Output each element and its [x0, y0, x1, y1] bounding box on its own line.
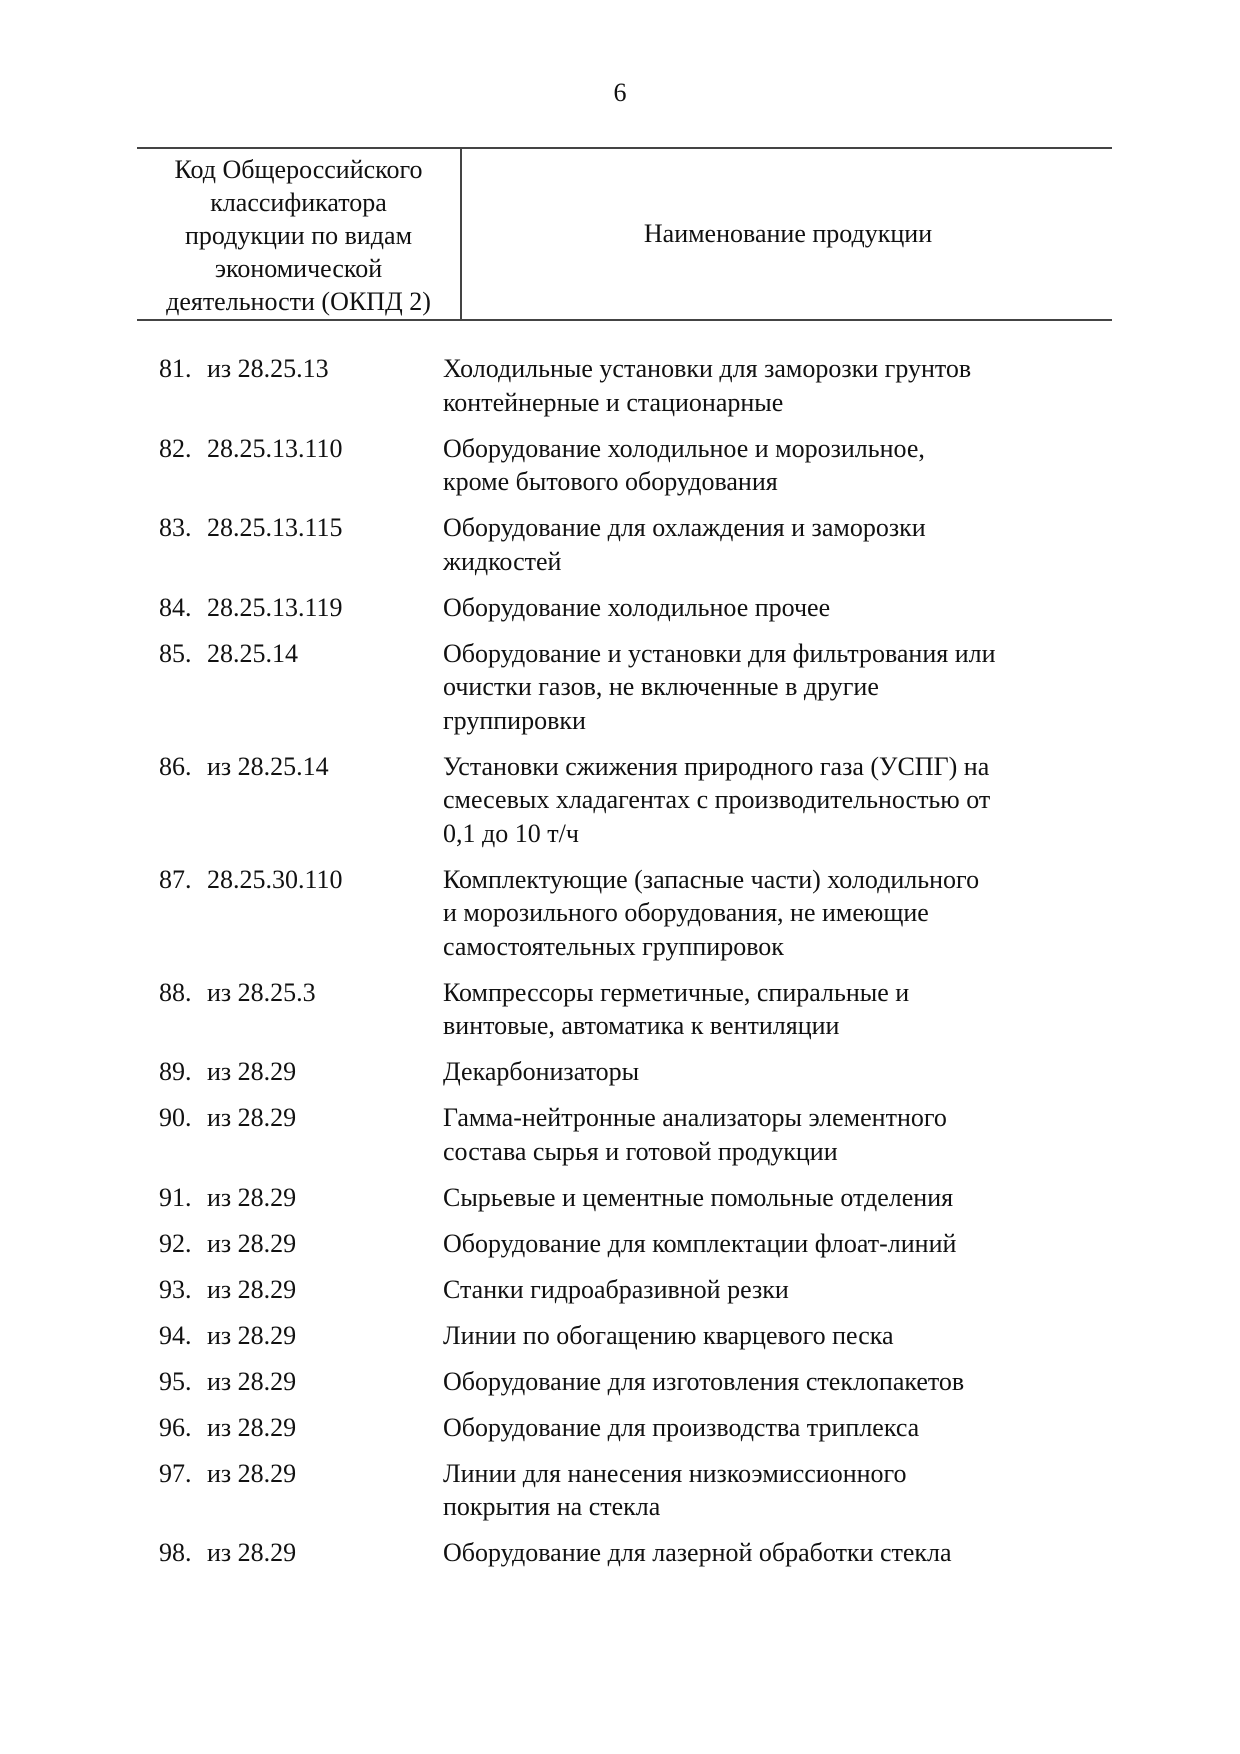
row-okpd2-code: из 28.29: [207, 1536, 443, 1570]
product-name-line: Оборудование для изготовления стеклопаке…: [443, 1365, 1112, 1399]
row-okpd2-code: из 28.29: [207, 1365, 443, 1399]
row-number: 95.: [137, 1365, 207, 1399]
row-number: 81.: [137, 352, 207, 419]
table-row: 96.из 28.29Оборудование для производства…: [137, 1411, 1112, 1445]
row-product-name: Линии для нанесения низкоэмиссионногопок…: [443, 1457, 1112, 1524]
row-number: 96.: [137, 1411, 207, 1445]
product-name-line: Линии для нанесения низкоэмиссионного: [443, 1457, 1112, 1491]
row-number: 94.: [137, 1319, 207, 1353]
header-code-line: классификатора: [166, 186, 431, 219]
row-product-name: Сырьевые и цементные помольные отделения: [443, 1181, 1112, 1215]
row-number: 90.: [137, 1101, 207, 1168]
table-row: 89.из 28.29Декарбонизаторы: [137, 1055, 1112, 1089]
table-row: 82.28.25.13.110Оборудование холодильное …: [137, 432, 1112, 499]
product-name-line: Оборудование для производства триплекса: [443, 1411, 1112, 1445]
row-number: 82.: [137, 432, 207, 499]
row-product-name: Оборудование холодильное и морозильное,к…: [443, 432, 1112, 499]
row-number: 83.: [137, 511, 207, 578]
table-row: 95.из 28.29Оборудование для изготовления…: [137, 1365, 1112, 1399]
table-row: 81.из 28.25.13Холодильные установки для …: [137, 352, 1112, 419]
row-product-name: Гамма-нейтронные анализаторы элементного…: [443, 1101, 1112, 1168]
row-number: 88.: [137, 976, 207, 1043]
product-name-line: Комплектующие (запасные части) холодильн…: [443, 863, 1112, 897]
row-product-name: Оборудование для производства триплекса: [443, 1411, 1112, 1445]
row-product-name: Компрессоры герметичные, спиральные ивин…: [443, 976, 1112, 1043]
product-name-line: Установки сжижения природного газа (УСПГ…: [443, 750, 1112, 784]
table-row: 92.из 28.29Оборудование для комплектации…: [137, 1227, 1112, 1261]
row-number: 93.: [137, 1273, 207, 1307]
product-name-line: Сырьевые и цементные помольные отделения: [443, 1181, 1112, 1215]
row-okpd2-code: из 28.29: [207, 1273, 443, 1307]
row-number: 98.: [137, 1536, 207, 1570]
row-okpd2-code: 28.25.30.110: [207, 863, 443, 964]
row-okpd2-code: из 28.29: [207, 1055, 443, 1089]
row-product-name: Декарбонизаторы: [443, 1055, 1112, 1089]
product-name-line: Оборудование для комплектации флоат-лини…: [443, 1227, 1112, 1261]
row-okpd2-code: 28.25.13.115: [207, 511, 443, 578]
header-okpd2-code-text: Код Общероссийскогоклассификаторапродукц…: [166, 153, 431, 318]
product-name-line: и морозильного оборудования, не имеющие: [443, 896, 1112, 930]
table-row: 98.из 28.29Оборудование для лазерной обр…: [137, 1536, 1112, 1570]
table-row: 93.из 28.29Станки гидроабразивной резки: [137, 1273, 1112, 1307]
table-row: 86.из 28.25.14Установки сжижения природн…: [137, 750, 1112, 851]
row-product-name: Оборудование для изготовления стеклопаке…: [443, 1365, 1112, 1399]
row-okpd2-code: из 28.29: [207, 1457, 443, 1524]
header-code-line: экономической: [166, 252, 431, 285]
row-product-name: Оборудование для охлаждения и заморозкиж…: [443, 511, 1112, 578]
table-header: Код Общероссийскогоклассификаторапродукц…: [137, 147, 1112, 321]
table-body: 81.из 28.25.13Холодильные установки для …: [137, 352, 1112, 1582]
row-product-name: Линии по обогащению кварцевого песка: [443, 1319, 1112, 1353]
product-name-line: Компрессоры герметичные, спиральные и: [443, 976, 1112, 1010]
row-product-name: Станки гидроабразивной резки: [443, 1273, 1112, 1307]
row-okpd2-code: 28.25.13.110: [207, 432, 443, 499]
product-name-line: Оборудование холодильное и морозильное,: [443, 432, 1112, 466]
product-name-line: жидкостей: [443, 545, 1112, 579]
row-okpd2-code: из 28.29: [207, 1411, 443, 1445]
table-row: 83.28.25.13.115Оборудование для охлажден…: [137, 511, 1112, 578]
product-name-line: Оборудование холодильное прочее: [443, 591, 1112, 625]
header-code-line: Код Общероссийского: [166, 153, 431, 186]
product-name-line: покрытия на стекла: [443, 1490, 1112, 1524]
product-name-line: кроме бытового оборудования: [443, 465, 1112, 499]
product-name-line: Линии по обогащению кварцевого песка: [443, 1319, 1112, 1353]
row-number: 85.: [137, 637, 207, 738]
row-okpd2-code: из 28.29: [207, 1319, 443, 1353]
header-code-line: деятельности (ОКПД 2): [166, 285, 431, 318]
header-okpd2-code: Код Общероссийскогоклассификаторапродукц…: [137, 149, 462, 319]
row-okpd2-code: из 28.29: [207, 1101, 443, 1168]
table-row: 90.из 28.29Гамма-нейтронные анализаторы …: [137, 1101, 1112, 1168]
row-okpd2-code: из 28.25.13: [207, 352, 443, 419]
product-name-line: Оборудование для лазерной обработки стек…: [443, 1536, 1112, 1570]
row-number: 87.: [137, 863, 207, 964]
product-name-line: группировки: [443, 704, 1112, 738]
table-row: 97.из 28.29Линии для нанесения низкоэмис…: [137, 1457, 1112, 1524]
header-product-name: Наименование продукции: [464, 149, 1112, 319]
row-okpd2-code: 28.25.14: [207, 637, 443, 738]
product-name-line: контейнерные и стационарные: [443, 386, 1112, 420]
table-row: 85.28.25.14Оборудование и установки для …: [137, 637, 1112, 738]
row-number: 91.: [137, 1181, 207, 1215]
product-name-line: 0,1 до 10 т/ч: [443, 817, 1112, 851]
product-name-line: Декарбонизаторы: [443, 1055, 1112, 1089]
product-name-line: винтовые, автоматика к вентиляции: [443, 1009, 1112, 1043]
row-product-name: Оборудование для лазерной обработки стек…: [443, 1536, 1112, 1570]
row-okpd2-code: из 28.25.3: [207, 976, 443, 1043]
table-row: 87.28.25.30.110Комплектующие (запасные ч…: [137, 863, 1112, 964]
product-name-line: Оборудование для охлаждения и заморозки: [443, 511, 1112, 545]
row-product-name: Установки сжижения природного газа (УСПГ…: [443, 750, 1112, 851]
row-okpd2-code: из 28.29: [207, 1227, 443, 1261]
product-name-line: Гамма-нейтронные анализаторы элементного: [443, 1101, 1112, 1135]
row-product-name: Оборудование для комплектации флоат-лини…: [443, 1227, 1112, 1261]
row-okpd2-code: 28.25.13.119: [207, 591, 443, 625]
product-name-line: очистки газов, не включенные в другие: [443, 670, 1112, 704]
header-code-line: продукции по видам: [166, 219, 431, 252]
row-product-name: Комплектующие (запасные части) холодильн…: [443, 863, 1112, 964]
table-row: 91.из 28.29Сырьевые и цементные помольны…: [137, 1181, 1112, 1215]
table-row: 94.из 28.29Линии по обогащению кварцевог…: [137, 1319, 1112, 1353]
row-product-name: Холодильные установки для заморозки грун…: [443, 352, 1112, 419]
row-number: 84.: [137, 591, 207, 625]
row-product-name: Оборудование холодильное прочее: [443, 591, 1112, 625]
product-name-line: Холодильные установки для заморозки грун…: [443, 352, 1112, 386]
product-name-line: смесевых хладагентах с производительност…: [443, 783, 1112, 817]
row-number: 92.: [137, 1227, 207, 1261]
row-number: 97.: [137, 1457, 207, 1524]
row-number: 89.: [137, 1055, 207, 1089]
page-number: 6: [0, 78, 1240, 108]
product-name-line: Станки гидроабразивной резки: [443, 1273, 1112, 1307]
product-name-line: самостоятельных группировок: [443, 930, 1112, 964]
row-okpd2-code: из 28.25.14: [207, 750, 443, 851]
row-number: 86.: [137, 750, 207, 851]
table-row: 88.из 28.25.3Компрессоры герметичные, сп…: [137, 976, 1112, 1043]
row-okpd2-code: из 28.29: [207, 1181, 443, 1215]
row-product-name: Оборудование и установки для фильтровани…: [443, 637, 1112, 738]
table-row: 84.28.25.13.119Оборудование холодильное …: [137, 591, 1112, 625]
product-name-line: Оборудование и установки для фильтровани…: [443, 637, 1112, 671]
product-name-line: состава сырья и готовой продукции: [443, 1135, 1112, 1169]
